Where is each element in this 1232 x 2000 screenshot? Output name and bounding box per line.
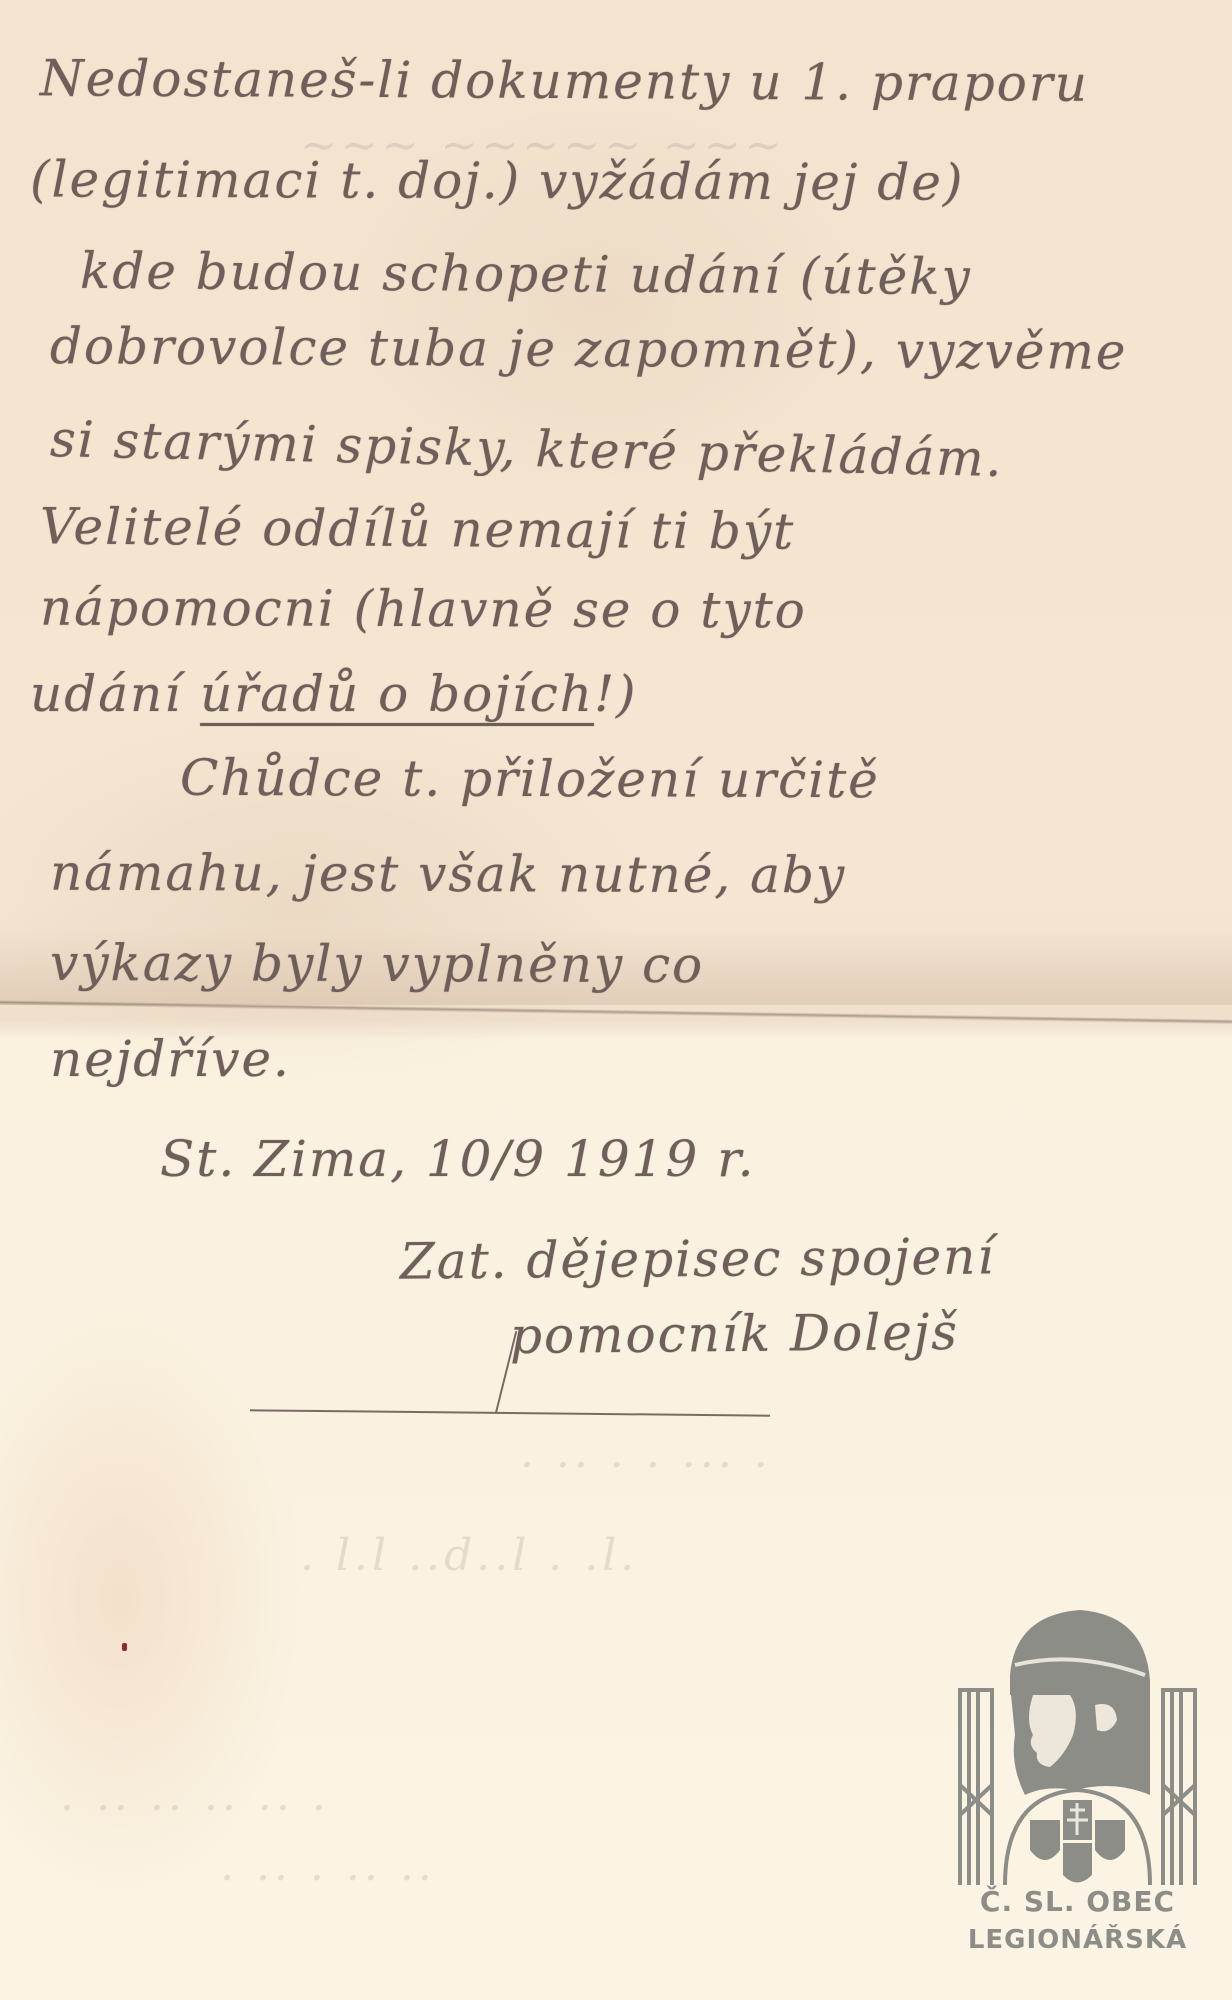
letter-line-3: kde budou schopeti udání (útěky (80, 242, 972, 306)
signature-flourish (495, 1331, 518, 1414)
watermark-text-line2: LEGIONÁŘSKÁ (955, 1925, 1200, 1955)
signature-name: pomocník Dolejš (510, 1303, 959, 1365)
letter-line-9: Chůdce t. přiložení určitě (180, 749, 880, 809)
bleed-through-text: · ·· · · ··· · (520, 1440, 772, 1491)
signature-underline (250, 1409, 770, 1416)
bleed-through-text: . .. .. .. .. . (60, 1770, 330, 1821)
emphasized-phrase: úřadů o bojích (200, 665, 594, 723)
letter-line-4: dobrovolce tuba je zapomnět), vyzvěme (50, 317, 1128, 381)
underlined-text: udání úřadů o bojích!) (30, 665, 638, 723)
watermark-text-line1: Č. SL. OBEC (955, 1885, 1200, 1918)
letter-line-12: nejdříve. (50, 1030, 291, 1088)
legionnaire-emblem-icon (955, 1585, 1200, 1885)
letter-page: ~~~ ~~~~~ ~~~ · ·· · · ··· · . l.l ..d..… (0, 0, 1232, 2000)
bleed-through-text: . l.l ..d..l . .l. (300, 1530, 638, 1581)
legion-watermark-logo: Č. SL. OBEC LEGIONÁŘSKÁ (955, 1585, 1200, 1975)
letter-line-7: nápomocni (hlavně se o tyto (40, 579, 807, 640)
letter-line-10: námahu, jest však nutné, aby (50, 844, 846, 905)
place-date: St. Zima, 10/9 1919 r. (160, 1130, 756, 1188)
signature-title: Zat. dějepisec spojení (400, 1227, 996, 1290)
letter-line-5: si starými spisky, které překládám. (49, 410, 1004, 488)
letter-line-2: (legitimaci t. doj.) vyžádám jej de) (30, 150, 965, 211)
letter-line-1: Nedostaneš-li dokumenty u 1. praporu (40, 49, 1089, 112)
letter-line-8: udání úřadů o bojích!) (30, 665, 638, 723)
ink-spot (122, 1643, 127, 1651)
bleed-through-text: . .. . .. .. (220, 1840, 436, 1891)
letter-line-11: výkazy byly vyplněny co (50, 934, 704, 994)
letter-line-6: Velitelé oddílů nemají ti být (40, 497, 796, 560)
